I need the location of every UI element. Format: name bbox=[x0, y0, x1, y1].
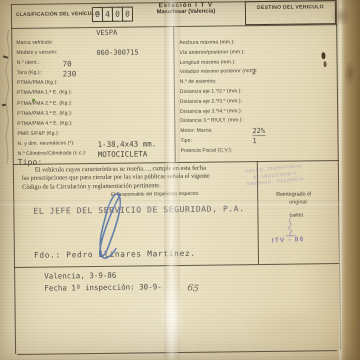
field-row: Potencia Fiscal (C.V.): 1 bbox=[180, 137, 338, 149]
destination-label: DESTINO DEL VEHICULO bbox=[246, 4, 335, 11]
destination-box: DESTINO DEL VEHICULO bbox=[245, 0, 336, 25]
ink-speck bbox=[324, 61, 327, 67]
pencil-scribble bbox=[1, 28, 17, 168]
ink-speck bbox=[321, 52, 325, 59]
station-location: Masalfasar (Valencia) bbox=[146, 8, 226, 15]
reintegrado-line2: original bbox=[289, 199, 306, 205]
seal-emblem bbox=[280, 218, 300, 238]
handwritten-signature bbox=[88, 188, 143, 263]
bottom-rule bbox=[17, 350, 337, 355]
field-value: 2 bbox=[252, 68, 256, 76]
classification-digit: 0 bbox=[122, 7, 133, 22]
scanned-itv-form: CLASIFICACIÓN DEL VEHÍCULO: 0 4 0 0 Esta… bbox=[0, 0, 360, 360]
torn-right-edge bbox=[341, 0, 360, 360]
classification-label: CLASIFICACIÓN DEL VEHÍCULO: bbox=[16, 11, 101, 18]
reintegrado-line1: Reintegrado el bbox=[276, 191, 311, 197]
right-fields: Anchura máxima (mm.): Vía anterior/poste… bbox=[179, 29, 338, 148]
field-value: 1-38,4x43 mm. bbox=[98, 139, 157, 149]
field-value: VESPA bbox=[96, 29, 117, 37]
responsible-line: El Responsable del Organismo Inspector. bbox=[55, 191, 255, 198]
place-date-line: Valencia, 3-9-86 bbox=[44, 271, 116, 281]
field-value: 1 bbox=[252, 137, 256, 145]
field-value: 230 bbox=[63, 70, 77, 79]
green-fleck bbox=[32, 99, 35, 102]
field-label: Potencia Fiscal (C.V.): bbox=[181, 147, 233, 154]
handwritten-year: 65 bbox=[187, 283, 200, 294]
first-inspection-line: Fecha 1ª inspección: 30-9- bbox=[44, 282, 162, 292]
left-fields: Marca vehículo: VESPA Modelo y versión: … bbox=[16, 29, 178, 162]
footer-rule bbox=[14, 263, 340, 268]
classification-code: 0 4 0 0 bbox=[93, 7, 133, 22]
field-row: Tipo: MOTOCICLETA bbox=[18, 150, 178, 162]
field-value: 22% bbox=[252, 127, 265, 136]
station-header: Estación I T V Masalfasar (Valencia) bbox=[146, 1, 226, 15]
field-value: 70 bbox=[63, 60, 72, 69]
itv-year-stamp: ITV - 86 bbox=[272, 236, 305, 245]
field-value: MOTOCICLETA bbox=[98, 150, 148, 160]
field-value: 060-300715 bbox=[96, 49, 138, 58]
field-label: Tipo: bbox=[18, 158, 43, 167]
